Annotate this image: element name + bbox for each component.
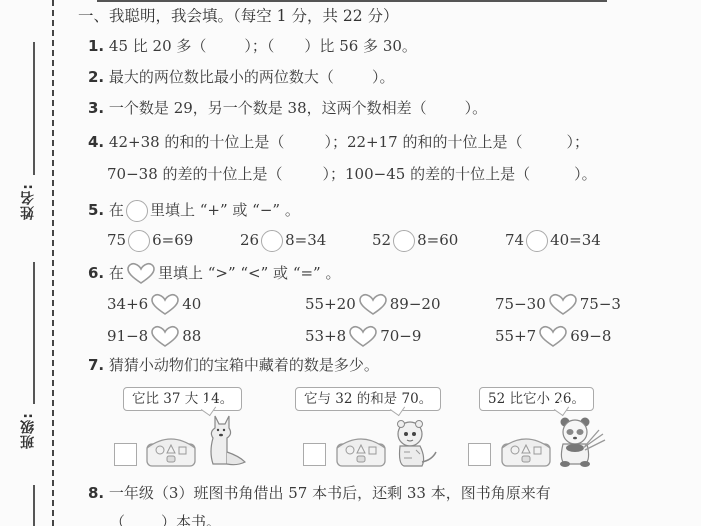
speech-bubble-dog: 它比 37 大 14。 (123, 387, 242, 411)
name-underline-lower (33, 262, 35, 404)
operator-circle-input[interactable] (261, 230, 283, 252)
answer-box-dog[interactable] (114, 443, 137, 466)
question-8-line-1: 8. 一年级（3）班图书角借出 57 本书后，还剩 33 本，图书角原来有 (88, 483, 551, 503)
question-3: 3. 一个数是 29，另一个数是 38，这两个数相差（）。 (88, 98, 487, 118)
question-2: 2. 最大的两位数比最小的两位数大（）。 (88, 67, 394, 87)
dog-illustration (205, 412, 247, 468)
question-number: 4. (88, 133, 104, 151)
circle-icon (126, 200, 148, 222)
tiger-illustration (392, 418, 440, 468)
q5-item-3: 528=60 (372, 230, 458, 252)
comparison-heart-input[interactable] (150, 293, 180, 317)
speech-bubble-tiger: 它与 32 的和是 70。 (295, 387, 441, 411)
question-number: 5. (88, 201, 104, 219)
q6-item-3: 75−3075−3 (495, 293, 621, 317)
question-number: 6. (88, 264, 104, 282)
question-1: 1. 45 比 20 多（）；（）比 56 多 30。 (88, 36, 417, 56)
q6-item-5: 53+870−9 (305, 325, 421, 349)
top-rule (97, 0, 607, 2)
q5-item-2: 268=34 (240, 230, 326, 252)
comparison-heart-input[interactable] (348, 325, 378, 349)
question-number: 2. (88, 68, 104, 86)
question-6: 6. 在里填上 “>” “<” 或 “=” 。 (88, 262, 341, 286)
binding-cut-line (52, 0, 54, 526)
question-4-line-1: 4. 42+38 的和的十位上是（）；22+17 的和的十位上是（）； (88, 132, 589, 152)
question-number: 1. (88, 37, 104, 55)
name-label: 姓名: (18, 183, 38, 220)
question-8-line-2: （）本书。 (110, 512, 221, 526)
treasure-chest-icon (499, 432, 553, 468)
q6-item-2: 55+2089−20 (305, 293, 441, 317)
comparison-heart-input[interactable] (358, 293, 388, 317)
comparison-heart-input[interactable] (150, 325, 180, 349)
operator-circle-input[interactable] (393, 230, 415, 252)
treasure-chest-icon (144, 432, 198, 468)
question-number: 8. (88, 484, 104, 502)
class-label: 班级: (18, 412, 38, 449)
question-number: 3. (88, 99, 104, 117)
section-title: 一、我聪明，我会填。（每空 1 分，共 22 分） (78, 6, 399, 26)
answer-box-tiger[interactable] (303, 443, 326, 466)
question-5: 5. 在里填上 “+” 或 “−” 。 (88, 200, 300, 222)
heart-icon (126, 262, 156, 286)
operator-circle-input[interactable] (128, 230, 150, 252)
q5-item-1: 756=69 (107, 230, 193, 252)
treasure-chest-icon (334, 432, 388, 468)
q6-item-1: 34+640 (107, 293, 201, 317)
worksheet-page: 姓名: 班级: 一、我聪明，我会填。（每空 1 分，共 22 分） 1. 45 … (0, 0, 701, 526)
question-4-line-2: 70−38 的差的十位上是（）；100−45 的差的十位上是（）。 (107, 164, 597, 184)
panda-illustration (555, 416, 607, 468)
answer-box-panda[interactable] (468, 443, 491, 466)
question-number: 7. (88, 356, 104, 374)
name-underline-upper (33, 42, 35, 175)
speech-bubble-panda: 52 比它小 26。 (479, 387, 594, 411)
comparison-heart-input[interactable] (538, 325, 568, 349)
operator-circle-input[interactable] (526, 230, 548, 252)
q6-item-6: 55+769−8 (495, 325, 611, 349)
comparison-heart-input[interactable] (548, 293, 578, 317)
class-underline (33, 485, 35, 526)
q5-item-4: 7440=34 (505, 230, 601, 252)
question-7: 7. 猜猜小动物们的宝箱中藏着的数是多少。 (88, 355, 379, 375)
q6-item-4: 91−888 (107, 325, 201, 349)
